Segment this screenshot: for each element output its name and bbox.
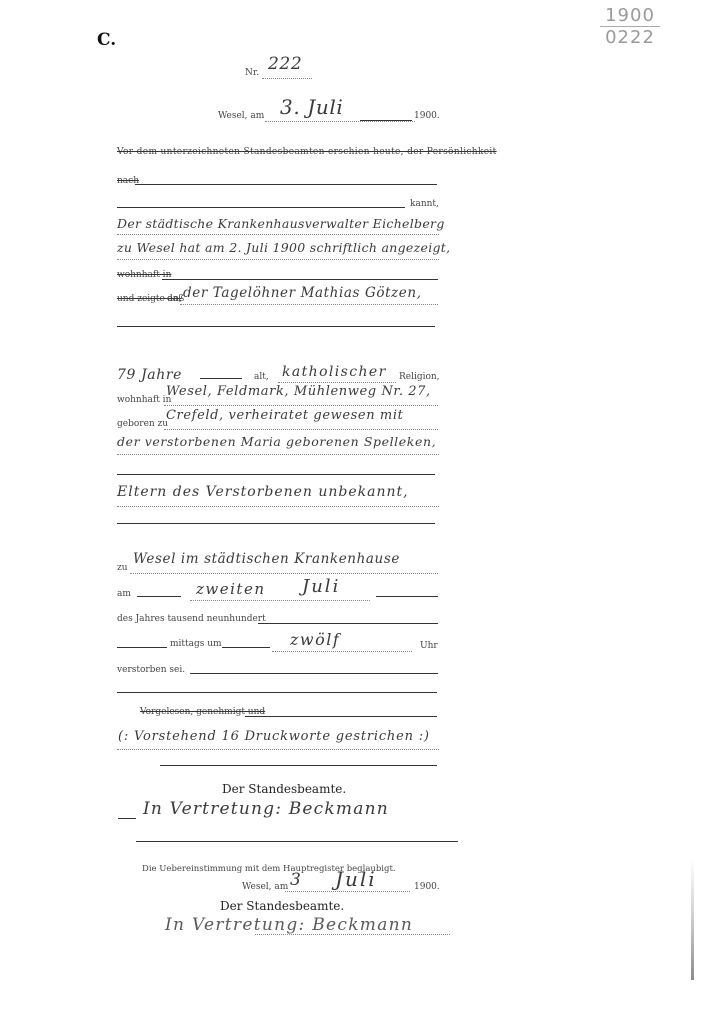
death-hour-underline bbox=[272, 651, 412, 652]
blank-line-4 bbox=[117, 692, 437, 693]
religion-value: katholischer bbox=[282, 364, 387, 380]
spouse-underline bbox=[117, 454, 439, 455]
parents-value: Eltern des Verstorbenen unbekannt, bbox=[117, 484, 409, 500]
nach-line bbox=[135, 184, 437, 185]
residence-value: Wesel, Feldmark, Mühlenweg Nr. 27, bbox=[166, 384, 431, 399]
archive-mark: 1900 0222 bbox=[600, 6, 660, 49]
death-date-underline bbox=[190, 600, 370, 601]
note-underline bbox=[117, 749, 439, 750]
informant-underline-2 bbox=[117, 259, 439, 260]
informant-underline-1 bbox=[117, 234, 439, 235]
death-place: Wesel im städtischen Krankenhause bbox=[133, 551, 400, 567]
death-month: Juli bbox=[302, 576, 340, 597]
official-title: Der Standesbeamte. bbox=[222, 782, 346, 796]
informant-line-1: Der städtische Krankenhausverwalter Eich… bbox=[117, 216, 445, 231]
dass-label: daß bbox=[167, 294, 184, 304]
birthplace-value: Crefeld, verheiratet gewesen mit bbox=[166, 408, 403, 423]
document-page: C. 1900 0222 Nr. 222 Wesel, am 3. Juli 1… bbox=[0, 0, 708, 1023]
blank-line-3 bbox=[117, 523, 435, 524]
spouse-value: der verstorbenen Maria geborenen Spellek… bbox=[117, 434, 436, 449]
wohnhaft-line bbox=[162, 279, 438, 280]
residence-label: wohnhaft in bbox=[117, 395, 171, 405]
death-am-dash-2 bbox=[376, 596, 438, 597]
certification-signature: In Vertretung: Beckmann bbox=[165, 915, 413, 935]
blank-line-2 bbox=[117, 474, 435, 475]
informant-line-2: zu Wesel hat am 2. Juli 1900 schriftlich… bbox=[117, 240, 450, 255]
nr-underline bbox=[262, 78, 312, 79]
mittags-dash-1 bbox=[117, 647, 167, 648]
kannt-line bbox=[117, 207, 405, 208]
death-day: zweiten bbox=[196, 580, 265, 598]
header-year: 1900. bbox=[414, 111, 440, 121]
death-zu-label: zu bbox=[117, 563, 128, 573]
header-place-label: Wesel, am bbox=[218, 111, 264, 121]
verstorben-label: verstorben sei. bbox=[117, 665, 185, 675]
birthplace-label: geboren zu bbox=[117, 419, 168, 429]
vorgelesen-line bbox=[245, 716, 437, 717]
deceased-age: 79 Jahre bbox=[117, 367, 182, 383]
certification-date-underline bbox=[285, 891, 410, 892]
certification-place-label: Wesel, am bbox=[242, 882, 288, 892]
intro-struck-line: Vor dem unterzeichneten Standesbeamten e… bbox=[117, 147, 497, 157]
death-am-label: am bbox=[117, 589, 131, 599]
blank-line-1 bbox=[117, 326, 435, 327]
death-hour: zwölf bbox=[290, 630, 340, 649]
header-date-underline bbox=[265, 121, 415, 122]
certification-year: 1900. bbox=[414, 882, 440, 892]
jahres-line bbox=[258, 623, 438, 624]
religion-underline bbox=[278, 382, 396, 383]
mittags-dash-2 bbox=[222, 647, 270, 648]
deceased-name-underline bbox=[180, 304, 438, 305]
religion-label: Religion, bbox=[399, 372, 440, 382]
certification-official-title: Der Standesbeamte. bbox=[220, 899, 344, 913]
kannt-label: kannt, bbox=[410, 199, 439, 209]
header-date-value: 3. Juli bbox=[280, 95, 343, 119]
signature-dash bbox=[118, 818, 136, 819]
official-signature: In Vertretung: Beckmann bbox=[143, 799, 389, 819]
certification-day: 3 bbox=[290, 870, 301, 890]
alt-label: alt, bbox=[254, 372, 269, 382]
certification-separator bbox=[136, 841, 458, 842]
verstorben-line bbox=[190, 673, 438, 674]
mittags-label: mittags um bbox=[170, 639, 222, 649]
nr-label: Nr. bbox=[245, 68, 259, 78]
birthplace-underline bbox=[164, 429, 438, 430]
register-number: 222 bbox=[268, 54, 302, 74]
residence-underline bbox=[164, 405, 438, 406]
blank-line-5 bbox=[160, 765, 437, 766]
death-place-underline bbox=[130, 573, 438, 574]
deceased-name: der Tagelöhner Mathias Götzen, bbox=[183, 285, 422, 301]
archive-year: 1900 bbox=[600, 6, 660, 27]
age-dash bbox=[200, 378, 242, 379]
form-letter: C. bbox=[97, 30, 116, 50]
header-date-dash bbox=[360, 120, 412, 121]
archive-number: 0222 bbox=[600, 27, 660, 49]
strikeout-note: (: Vorstehend 16 Druckworte gestrichen :… bbox=[118, 729, 430, 744]
scan-edge-shadow bbox=[691, 860, 694, 980]
parents-underline bbox=[117, 506, 439, 507]
jahres-label: des Jahres tausend neunhundert bbox=[117, 614, 266, 624]
certification-month: Juli bbox=[335, 867, 377, 891]
certification-signature-underline bbox=[255, 934, 450, 935]
uhr-label: Uhr bbox=[420, 641, 438, 651]
death-am-dash-1 bbox=[137, 596, 181, 597]
